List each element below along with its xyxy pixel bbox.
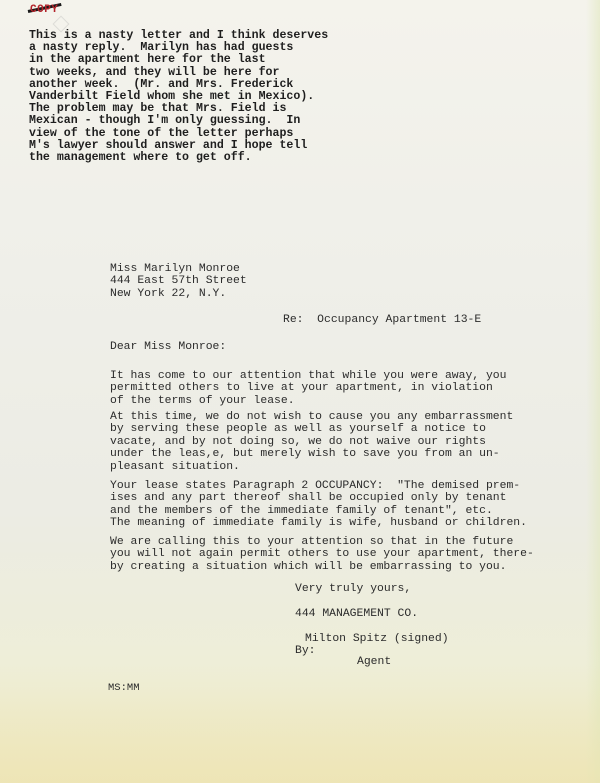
paragraph-line: At this time, we do not wish to cause yo…	[110, 411, 513, 423]
cover-note: This is a nasty letter and I think deser…	[29, 30, 328, 164]
paragraph-line: by serving these people as well as yours…	[110, 423, 486, 435]
address-line: Miss Marilyn Monroe	[110, 263, 240, 275]
salutation: Dear Miss Monroe:	[110, 341, 226, 353]
paragraph-2: At this time, we do not wish to cause yo…	[110, 411, 513, 473]
paragraph-4: We are calling this to your attention so…	[110, 536, 534, 573]
closing: Very truly yours,	[295, 583, 411, 595]
paragraph-line: vacate, and by not doing so, we do not w…	[110, 436, 486, 448]
paragraph-line: of the terms of your lease.	[110, 395, 295, 407]
paper-aging	[0, 663, 600, 783]
note-line: The problem may be that Mrs. Field is	[29, 102, 286, 115]
paragraph-line: under the leas,e, but merely wish to sav…	[110, 448, 500, 460]
paragraph-line: permitted others to live at your apartme…	[110, 382, 493, 394]
note-line: a nasty reply. Marilyn has had guests	[29, 41, 293, 54]
subject-line: Re: Occupancy Apartment 13-E	[283, 314, 481, 326]
copy-stamp-label: COPY	[28, 4, 58, 16]
note-line: another week. (Mr. and Mrs. Frederick	[29, 78, 293, 91]
signer-title: Agent	[357, 656, 391, 668]
note-line: Vanderbilt Field whom she met in Mexico)…	[29, 90, 314, 103]
note-line: M's lawyer should answer and I hope tell	[29, 139, 307, 152]
paragraph-line: The meaning of immediate family is wife,…	[110, 517, 527, 529]
paragraph-line: and the members of the immediate family …	[110, 505, 493, 517]
address-line: New York 22, N.Y.	[110, 288, 226, 300]
paragraph-line: pleasant situation.	[110, 461, 240, 473]
typist-initials: MS:MM	[108, 682, 140, 694]
recipient-address: Miss Marilyn Monroe 444 East 57th Street…	[110, 263, 247, 300]
paragraph-3: Your lease states Paragraph 2 OCCUPANCY:…	[110, 480, 527, 530]
paragraph-line: ises and any part thereof shall be occup…	[110, 492, 506, 504]
note-line: the management where to get off.	[29, 151, 252, 164]
paragraph-line: We are calling this to your attention so…	[110, 536, 513, 548]
paragraph-line: by creating a situation which will be em…	[110, 561, 506, 573]
note-line: Mexican - though I'm only guessing. In	[29, 114, 300, 127]
paragraph-line: It has come to our attention that while …	[110, 370, 506, 382]
paragraph-line: Your lease states Paragraph 2 OCCUPANCY:…	[110, 480, 520, 492]
note-line: view of the tone of the letter perhaps	[29, 127, 293, 140]
signer-name: Milton Spitz (signed)	[305, 633, 449, 645]
by-label: By:	[295, 645, 316, 657]
note-line: This is a nasty letter and I think deser…	[29, 29, 328, 42]
note-line: two weeks, and they will be here for	[29, 66, 279, 79]
note-line: in the apartment here for the last	[29, 53, 266, 66]
address-line: 444 East 57th Street	[110, 275, 247, 287]
paragraph-1: It has come to our attention that while …	[110, 370, 506, 407]
company-name: 444 MANAGEMENT CO.	[295, 608, 418, 620]
paragraph-line: you will not again permit others to use …	[110, 548, 534, 560]
